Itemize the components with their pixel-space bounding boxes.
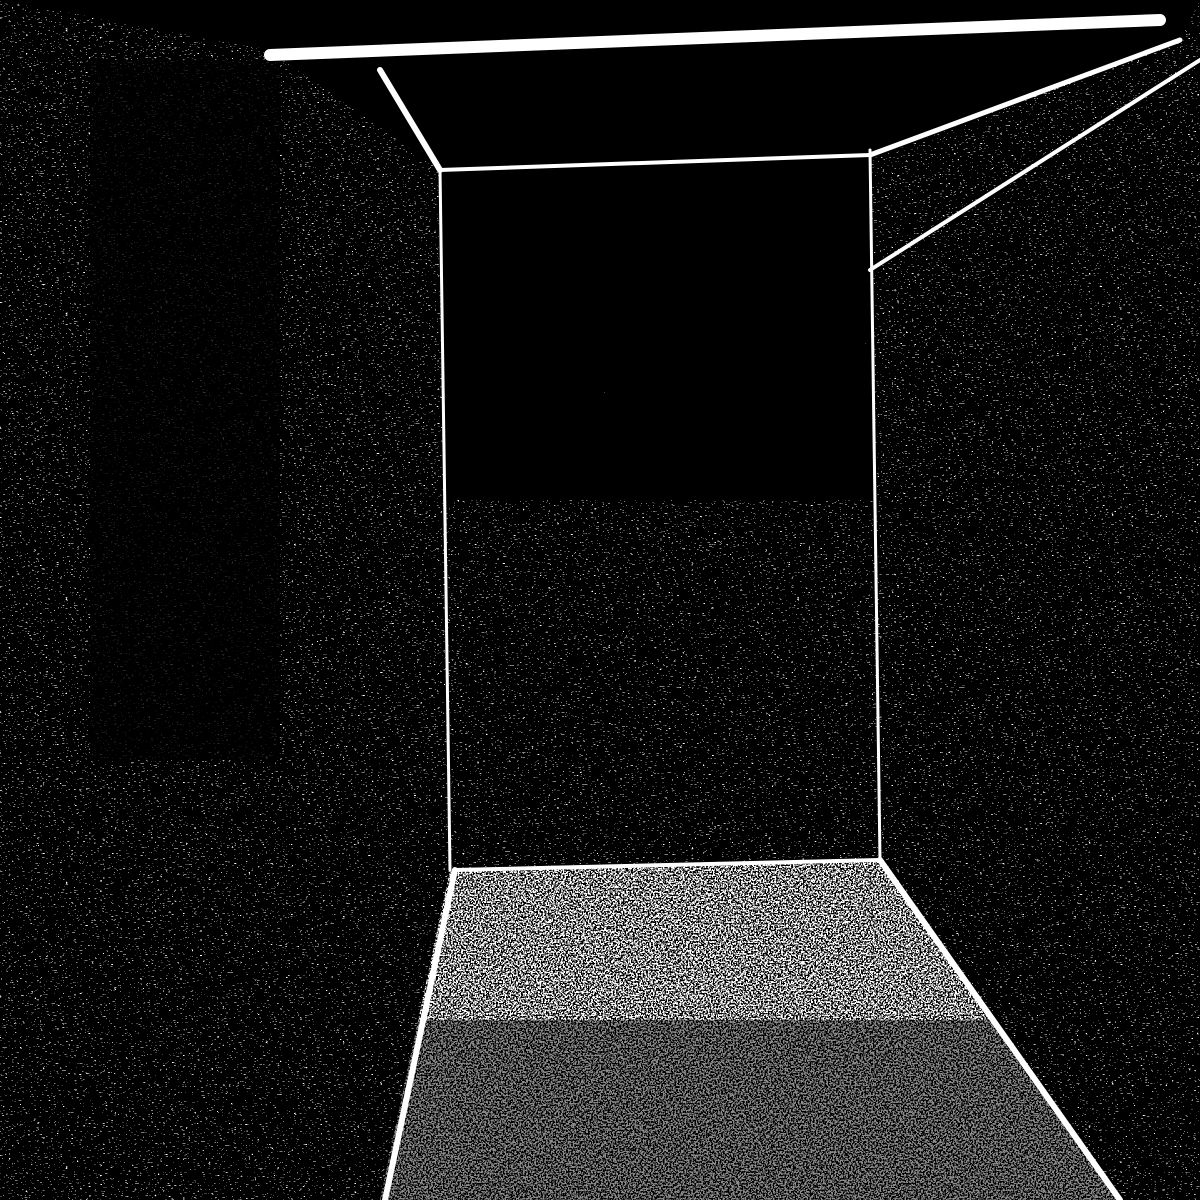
corridor-photo bbox=[0, 0, 1200, 1200]
corridor-illustration bbox=[0, 0, 1200, 1200]
